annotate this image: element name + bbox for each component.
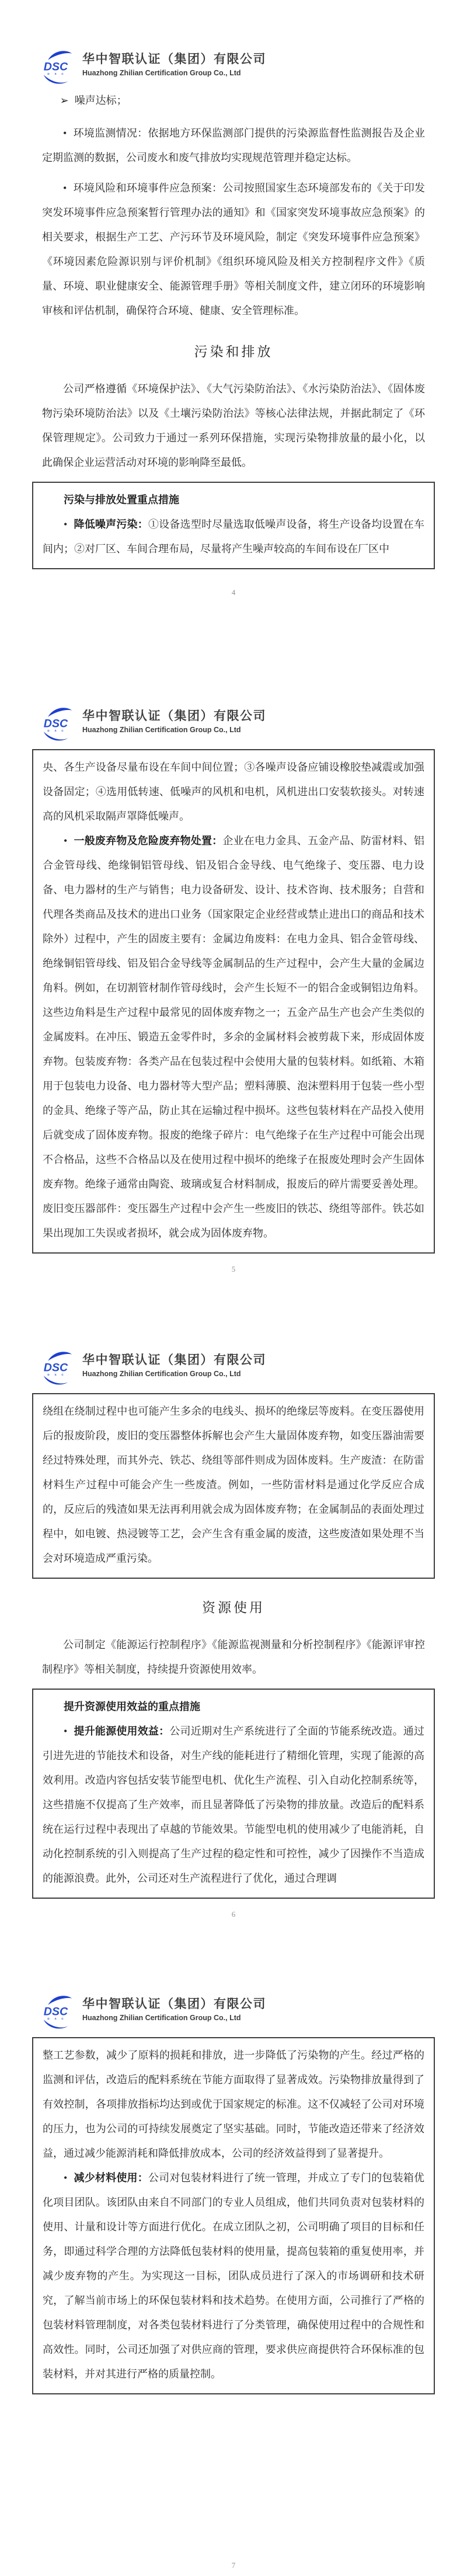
bullet-marker: •: [64, 835, 67, 847]
company-name-en: Huazhong Zhilian Certification Group Co.…: [82, 69, 266, 77]
section-heading-pollution: 污染和排放: [42, 340, 425, 364]
measure-lead: 一般废弃物及危险废弃物处置：: [74, 835, 222, 847]
box-continued-text: 央、各生产设备尽量布设在车间中间位置；③各噪声设备应铺设橡胶垫减震或加强设备固定…: [43, 755, 424, 829]
bullet-marker: •: [64, 1725, 67, 1737]
measures-box-title: 提升资源使用效益的重点措施: [43, 1694, 424, 1719]
page-number: 7: [0, 2561, 467, 2570]
bullet-marker: •: [64, 2172, 67, 2184]
bullet-marker: •: [63, 182, 67, 194]
company-name-block: 华中智联认证（集团）有限公司 Huazhong Zhilian Certific…: [82, 1994, 266, 2022]
logo-text: DSC: [44, 1362, 68, 1374]
measure-lead: 提升能源使用效益：: [74, 1725, 169, 1737]
document: DSC D S C 华中智联认证（集团）有限公司 Huazhong Zhilia…: [0, 0, 467, 2576]
bullet-paragraph-monitoring: •环境监测情况：依据地方环保监测部门提供的污染源监督性监测报告及企业定期监测的数…: [42, 121, 425, 170]
measure-lead: 减少材料使用：: [74, 2172, 148, 2184]
box-bullet-materials: •减少材料使用：公司对包装材料进行了统一管理，并成立了专门的包装箱优化项目团队。…: [43, 2166, 424, 2386]
arrow-marker-icon: ➢: [60, 95, 69, 107]
page-3: DSC D S C 华中智联认证（集团）有限公司 Huazhong Zhilia…: [0, 1288, 467, 1932]
page-4: DSC D S C 华中智联认证（集团）有限公司 Huazhong Zhilia…: [0, 1932, 467, 2576]
section-intro-paragraph: 公司制定《能源运行控制程序》《能源监视测量和分析控制程序》《能源评审控制程序》等…: [42, 1632, 425, 1682]
company-letterhead: DSC D S C 华中智联认证（集团）有限公司 Huazhong Zhilia…: [42, 1288, 425, 1386]
box-bullet-noise: •降低噪声污染：①设备选型时尽量选取低噪声设备，将生产设备均设置在车间内；②对厂…: [43, 512, 424, 561]
page-1: DSC D S C 华中智联认证（集团）有限公司 Huazhong Zhilia…: [0, 0, 467, 644]
logo-text: DSC: [44, 61, 68, 74]
company-logo-icon: DSC D S C: [42, 706, 75, 742]
paragraph-text: 环境风险和环境事件应急预案：公司按照国家生态环境部发布的《关于印发突发环境事件应…: [42, 182, 425, 316]
logo-subtext: D S C: [47, 2017, 65, 2020]
logo-subtext: D S C: [47, 1373, 65, 1376]
logo-text: DSC: [44, 2006, 68, 2018]
logo-subtext: D S C: [47, 729, 65, 732]
bullet-marker: •: [63, 127, 67, 139]
logo-text: DSC: [44, 718, 68, 730]
section-intro-paragraph: 公司严格遵循《环境保护法》、《大气污染防治法》、《水污染防治法》、《固体废物污染…: [42, 377, 425, 475]
company-logo-icon: DSC D S C: [42, 49, 75, 85]
measure-text: 企业在电力金具、五金产品、防雷材料、铝合金管母线、绝缘铜铝管母线、铝及铝合金导线…: [43, 835, 424, 1239]
page-number: 4: [0, 588, 467, 597]
section-heading-resources: 资源使用: [42, 1596, 425, 1620]
company-letterhead: DSC D S C 华中智联认证（集团）有限公司 Huazhong Zhilia…: [42, 0, 425, 85]
measures-box-title: 污染与排放处置重点措施: [43, 488, 424, 512]
box-bullet-waste: •一般废弃物及危险废弃物处置：企业在电力金具、五金产品、防雷材料、铝合金管母线、…: [43, 829, 424, 1245]
arrow-list-item: ➢噪声达标；: [42, 89, 425, 113]
measure-text: 公司对包装材料进行了统一管理，并成立了专门的包装箱优化项目团队。该团队由来自不同…: [43, 2172, 424, 2380]
paragraph-text: 环境监测情况：依据地方环保监测部门提供的污染源监督性监测报告及企业定期监测的数据…: [42, 127, 425, 163]
measure-lead: 降低噪声污染：: [74, 518, 148, 530]
company-name-cn: 华中智联认证（集团）有限公司: [82, 50, 266, 67]
company-logo-icon: DSC D S C: [42, 1994, 75, 2030]
box-bullet-energy: •提升能源使用效益：公司近期对生产系统进行了全面的节能系统改造。通过引进先进的节…: [43, 1719, 424, 1891]
measures-box-pollution: 污染与排放处置重点措施 •降低噪声污染：①设备选型时尽量选取低噪声设备，将生产设…: [32, 482, 435, 569]
measures-box-resources-continued: 整工艺参数，减少了原料的损耗和排放，进一步降低了污染物的产生。经过严格的监测和评…: [32, 2037, 435, 2394]
box-continued-text: 绕组在绕制过程中也可能产生多余的电线头、损坏的绝缘层等废料。在变压器使用后的报废…: [43, 1399, 424, 1571]
arrow-item-text: 噪声达标；: [75, 95, 127, 106]
page-number: 6: [0, 1910, 467, 1919]
company-name-cn: 华中智联认证（集团）有限公司: [82, 1994, 266, 2012]
company-name-en: Huazhong Zhilian Certification Group Co.…: [82, 2014, 266, 2022]
measure-text: 公司近期对生产系统进行了全面的节能系统改造。通过引进先进的节能技术和设备，对生产…: [43, 1725, 424, 1884]
company-name-en: Huazhong Zhilian Certification Group Co.…: [82, 726, 266, 734]
bullet-marker: •: [64, 518, 67, 530]
company-name-en: Huazhong Zhilian Certification Group Co.…: [82, 1370, 266, 1378]
company-letterhead: DSC D S C 华中智联认证（集团）有限公司 Huazhong Zhilia…: [42, 1932, 425, 2030]
company-logo-icon: DSC D S C: [42, 1350, 75, 1386]
measures-box-resources: 提升资源使用效益的重点措施 •提升能源使用效益：公司近期对生产系统进行了全面的节…: [32, 1689, 435, 1899]
company-letterhead: DSC D S C 华中智联认证（集团）有限公司 Huazhong Zhilia…: [42, 644, 425, 742]
page-2: DSC D S C 华中智联认证（集团）有限公司 Huazhong Zhilia…: [0, 644, 467, 1288]
company-name-block: 华中智联认证（集团）有限公司 Huazhong Zhilian Certific…: [82, 706, 266, 734]
box-continued-text: 整工艺参数，减少了原料的损耗和排放，进一步降低了污染物的产生。经过严格的监测和评…: [43, 2043, 424, 2166]
company-name-cn: 华中智联认证（集团）有限公司: [82, 706, 266, 724]
bullet-paragraph-risk-plan: •环境风险和环境事件应急预案：公司按照国家生态环境部发布的《关于印发突发环境事件…: [42, 176, 425, 323]
measures-box-pollution-end: 绕组在绕制过程中也可能产生多余的电线头、损坏的绝缘层等废料。在变压器使用后的报废…: [32, 1393, 435, 1579]
company-name-block: 华中智联认证（集团）有限公司 Huazhong Zhilian Certific…: [82, 49, 266, 77]
measures-box-pollution-continued: 央、各生产设备尽量布设在车间中间位置；③各噪声设备应铺设橡胶垫减震或加强设备固定…: [32, 749, 435, 1254]
company-name-block: 华中智联认证（集团）有限公司 Huazhong Zhilian Certific…: [82, 1350, 266, 1378]
company-name-cn: 华中智联认证（集团）有限公司: [82, 1350, 266, 1368]
page-number: 5: [0, 1265, 467, 1274]
logo-subtext: D S C: [47, 72, 65, 75]
